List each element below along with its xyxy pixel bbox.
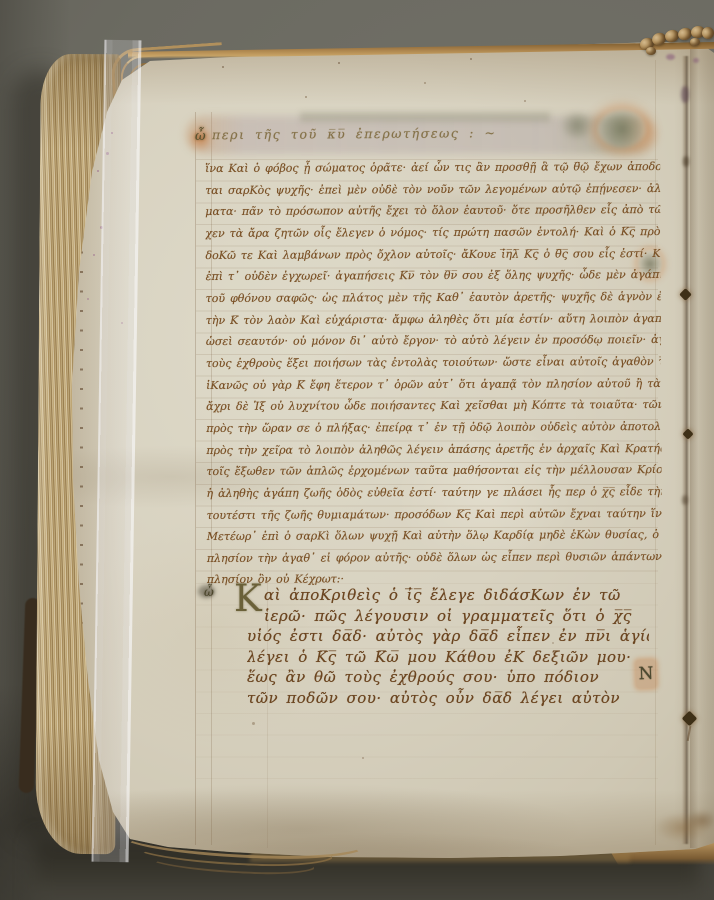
text-line: τοῦ φθόνου σαφῶς· ὡς πλάτος μὲν τῆς Καθ᾿… xyxy=(206,286,661,310)
rubric-ornament: ὦ xyxy=(195,129,206,144)
text-line: ὡσεὶ σεαυτόν· οὐ μόνον δι᾿ αὐτὸ ἔργον· τ… xyxy=(206,329,661,353)
brown-speck xyxy=(424,82,426,84)
purple-speckle xyxy=(93,254,95,256)
purple-speckle xyxy=(97,170,99,172)
brown-speck xyxy=(362,757,364,759)
text-line: πρὸς τὴν χεῖρα τὸ λοιπὸν ἀληθῶς λέγειν ἁ… xyxy=(206,438,661,462)
text-line: τοῖς ἔξωθεν τῶν ἁπλῶς ἐρχομένων ταῦτα μα… xyxy=(206,459,661,483)
text-line: τοὺς ἐχθροὺς ἕξει ποιήσων τὰς ἐντολὰς το… xyxy=(206,351,661,375)
text-line: πρὸς τὴν ὥραν σε ὁ πλήξας· ἐπείρᾳ τ᾿ ἐν … xyxy=(206,416,661,440)
crease-stain xyxy=(681,86,689,103)
pricking-hole xyxy=(338,62,340,64)
margin-rule-left-outer xyxy=(195,112,196,845)
text-line: ἵνα Καὶ ὁ φόβος ᾖ σώματος ὁρᾶτε· ἀεί ὧν … xyxy=(205,156,660,180)
right-margin-mark: Ν xyxy=(636,660,657,689)
bottom-corner-fray xyxy=(636,800,714,850)
facing-page-sliver xyxy=(690,42,714,848)
text-line: λέγει ὁ Κ̅ς̅ τῶ Κ̅ω̅ μου Κάθου ἐΚ δεξιῶν… xyxy=(247,647,649,668)
text-line: υἱός ἐστι δα̅δ· αὐτὸς γὰρ δα̅δ εἶπεν ἐν … xyxy=(247,626,649,647)
photo-scene: ὦ περι τῆς τοῦ κ̅υ̅ ἐπερωτήσεως : ~ ἵνα … xyxy=(0,0,714,900)
text-line: αὶ ἀποΚριθεὶς ὁ ἰ̅ς̅ ἔλεγε διδάσΚων ἐν τ… xyxy=(247,585,649,606)
green-stain xyxy=(560,112,594,139)
commentary-text-block: ἵνα Καὶ ὁ φόβος ᾖ σώματος ὁρᾶτε· ἀεί ὧν … xyxy=(205,156,662,591)
smudge-streak xyxy=(300,112,550,122)
crease-stain xyxy=(682,495,688,505)
text-line: Μετέωρ᾿ ἐπὶ ὁ σαρΚὶ ὅλων ψυχῇ Καὶ αὐτὴν … xyxy=(207,524,662,548)
headband-cord xyxy=(640,22,714,60)
green-orange-stain xyxy=(598,110,646,148)
crease-stain xyxy=(683,156,689,167)
text-line: χεν τὰ ἄρα ζητῶν οἷς ἔλεγεν ὁ νόμος· τίς… xyxy=(205,221,660,245)
text-line: ἕως ἂν θῶ τοὺς ἐχθρούς σου· ὑπο πόδιον xyxy=(247,667,649,688)
text-line: ἡ ἀληθὴς ἀγάπη ζωῆς ὁδὸς εὐθεῖα ἐστί· τα… xyxy=(206,481,661,505)
text-line: ἐπὶ τ᾿ οὐδὲν ἐγχωρεῖ· ἀγαπήσεις Κ̅ν̅ τὸν… xyxy=(206,264,661,288)
brown-speck xyxy=(305,96,307,98)
text-line: τῶν ποδῶν σου· αὐτὸς οὖν δα̅δ λέγει αὐτὸ… xyxy=(247,688,649,709)
purple-speckle xyxy=(87,298,89,300)
pricking-hole xyxy=(470,58,472,60)
gospel-lemma-block: αὶ ἀποΚριθεὶς ὁ ἰ̅ς̅ ἔλεγε διδάσΚων ἐν τ… xyxy=(247,585,649,708)
pricking-hole xyxy=(222,66,224,68)
brown-speck xyxy=(252,722,255,725)
text-line: ἄχρι δὲ Ἰξ οὐ λυχνίτου ὧδε ποιήσαντες Κα… xyxy=(206,394,661,418)
left-margin-mark: ὦ xyxy=(204,585,214,599)
cord-twist xyxy=(646,47,656,55)
text-line: τὴν Κ̅ τὸν λαὸν Καὶ εὐχάριστα· ἄμφω ἀληθ… xyxy=(206,308,661,332)
chapter-rubric-title: περι τῆς τοῦ κ̅υ̅ ἐπερωτήσεως : ~ xyxy=(212,125,552,149)
text-line: τουτέστι τῆς ζωῆς θυμιαμάτων· προσόδων Κ… xyxy=(207,503,662,527)
cord-twist xyxy=(690,38,700,46)
brown-speck xyxy=(524,100,526,102)
text-line: ἱΚανῶς οὐ γὰρ Κ̅ ἔφη ἕτερον τ᾿ ὁρῶν αὐτ᾿… xyxy=(206,373,661,397)
text-line: ματα· πᾶν τὸ πρόσωπον αὐτῆς ἔχει τὸ ὅλον… xyxy=(205,199,660,223)
text-line: ἱερῶ· πῶς λέγουσιν οἱ γραμματεῖς ὅτι ὁ χ… xyxy=(247,606,649,627)
text-line: δοΚῶ τε Καὶ λαμβάνων πρὸς ὄχλον αὐτοῖς· … xyxy=(205,243,660,267)
text-line: πλησίον τὴν ἀγαθ᾿ εἰ φόρον αὐτῆς· οὐδὲ ὅ… xyxy=(207,546,662,570)
text-line: ται σαρΚὸς ψυχῆς· ἐπεὶ μὲν οὐδὲ τὸν νοῦν… xyxy=(205,178,660,202)
